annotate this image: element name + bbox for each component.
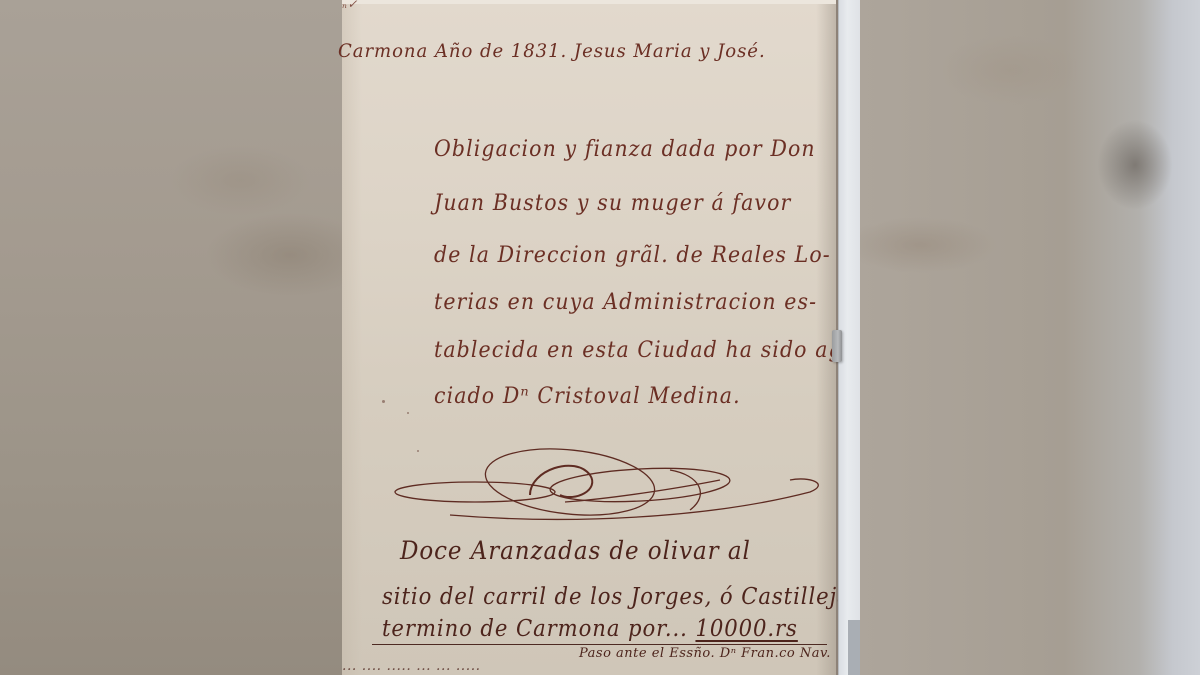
signature-flourish-icon [390, 440, 830, 530]
blurred-background-right [860, 0, 1200, 675]
entry-line-2: sitio del carril de los Jorges, ó Castil… [382, 584, 858, 610]
page-top-edge [342, 0, 836, 4]
title-line-4: terias en cuya Administracion es- [434, 290, 817, 315]
entry-underline-rule [372, 644, 827, 645]
title-line-1: Obligacion y fianza dada por Don [434, 137, 816, 162]
document-heading: Carmona Año de 1831. Jesus Maria y José. [338, 40, 766, 62]
title-line-5: tablecida en esta Ciudad ha sido agr- [434, 338, 862, 363]
cut-off-text-line: ··· ···· ····· ··· ··· ····· [342, 662, 481, 675]
entry-text: termino de Carmona por... [382, 616, 688, 642]
entry-line-1: Doce Aranzadas de olivar al [400, 536, 751, 565]
corner-mark: ₙ✓ [342, 0, 358, 11]
manuscript-page: ₙ✓ Carmona Año de 1831. Jesus Maria y Jo… [342, 0, 838, 675]
title-line-3: de la Direccion grãl. de Reales Lo- [434, 243, 831, 268]
title-line-2: Juan Bustos y su muger á favor [434, 191, 791, 216]
notary-note: Paso ante el Essño. Dⁿ Fran.co Nav. [579, 646, 831, 661]
title-line-6: ciado Dⁿ Cristoval Medina. [434, 384, 741, 409]
blurred-background-left [0, 0, 342, 675]
frame-shadow [848, 620, 860, 675]
ink-speck [407, 412, 409, 414]
photo-stage: ₙ✓ Carmona Año de 1831. Jesus Maria y Jo… [0, 0, 1200, 675]
entry-amount: 10000.rs [695, 616, 797, 642]
metal-clip-icon [832, 330, 842, 362]
entry-line-3: termino de Carmona por... 10000.rs [382, 616, 798, 642]
ink-speck [382, 400, 385, 403]
